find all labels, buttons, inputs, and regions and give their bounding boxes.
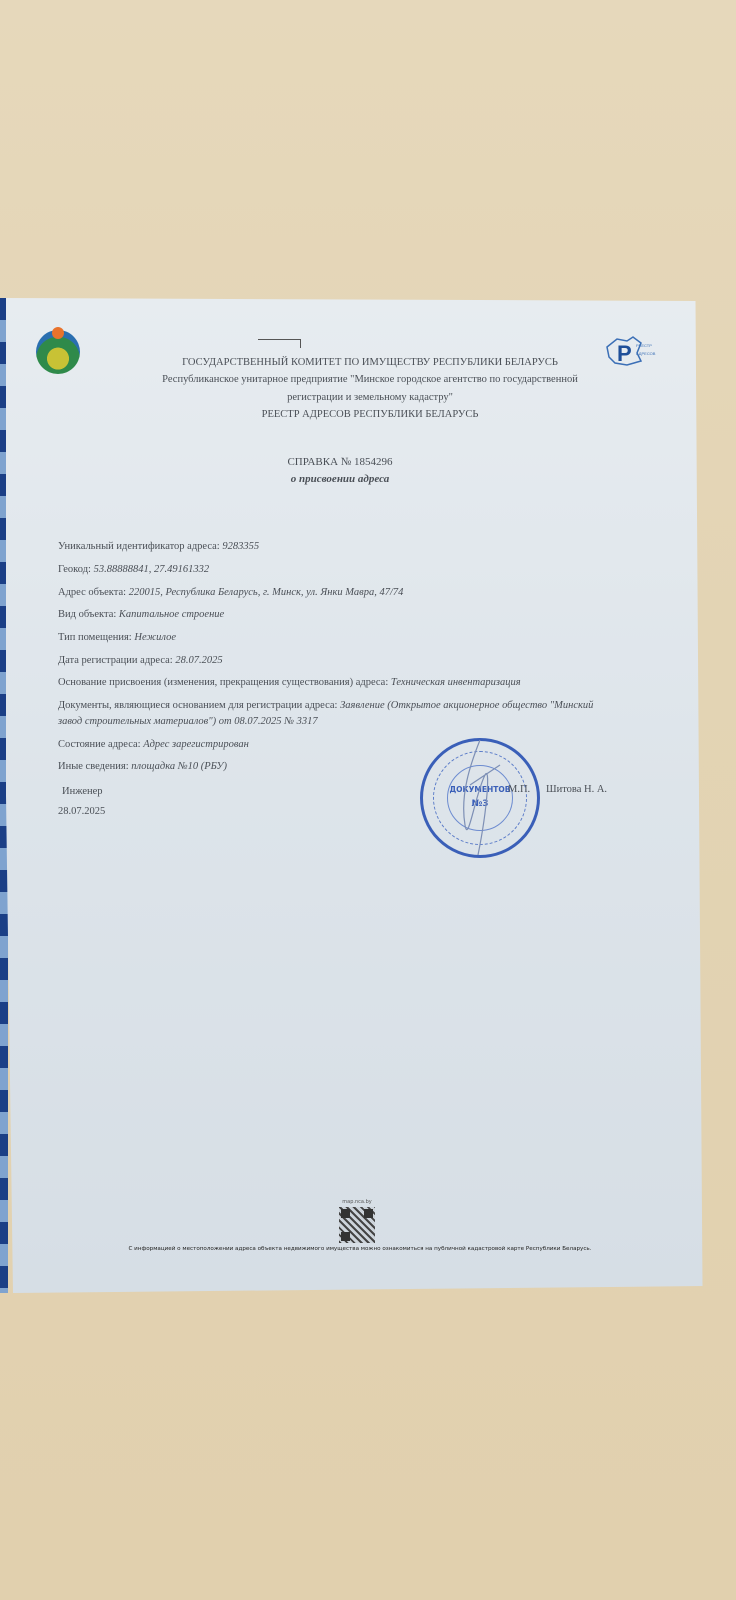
document-paper [6,298,706,1293]
qr-code-icon[interactable] [339,1207,375,1243]
signature-scribble-icon [440,735,520,865]
header-registry: РЕЕСТР АДРЕСОВ РЕСПУБЛИКИ БЕЛАРУСЬ [100,408,640,421]
field-geocode: Геокод: 53.88888841, 27.49161332 [58,563,209,576]
field-unique-id: Уникальный идентификатор адреса: 9283355 [58,540,259,553]
field-address: Адрес объекта: 220015, Республика Белару… [58,586,403,599]
header-enterprise: Республиканское унитарное предприятие "М… [100,373,640,386]
certificate-title: СПРАВКА № 1854296 [230,456,450,468]
svg-text:РЕЕСТР: РЕЕСТР [636,343,652,348]
state-committee-emblem-icon [36,330,80,374]
field-premises-type: Тип помещения: Нежилое [58,631,176,644]
header-enterprise-cont: регистрации и земельному кадастру" [100,391,640,404]
certificate-subtitle: о присвоении адреса [230,473,450,485]
field-documents-cont: завод строительных материалов") от 08.07… [58,715,318,728]
signer-position: Инженер [62,786,103,797]
field-documents: Документы, являющиеся основанием для рег… [58,699,593,712]
signer-name: Шитова Н. А. [546,784,607,795]
field-other-info: Иные сведения: площадка №10 (РБУ) [58,760,227,773]
field-address-status: Состояние адреса: Адрес зарегистрирован [58,738,249,751]
header-committee: ГОСУДАРСТВЕННЫЙ КОМИТЕТ ПО ИМУЩЕСТВУ РЕС… [100,356,640,369]
qr-caption: map.nca.by [334,1199,380,1205]
stamp-place-mark: М.П. [508,784,530,795]
signature-date: 28.07.2025 [58,806,105,817]
field-object-type: Вид объекта: Капитальное строение [58,608,224,621]
registration-mark [258,339,301,348]
footer-note: С информацией о местоположении адреса об… [105,1246,615,1252]
field-registration-date: Дата регистрации адреса: 28.07.2025 [58,654,223,667]
field-assignment-basis: Основание присвоения (изменения, прекращ… [58,676,521,689]
